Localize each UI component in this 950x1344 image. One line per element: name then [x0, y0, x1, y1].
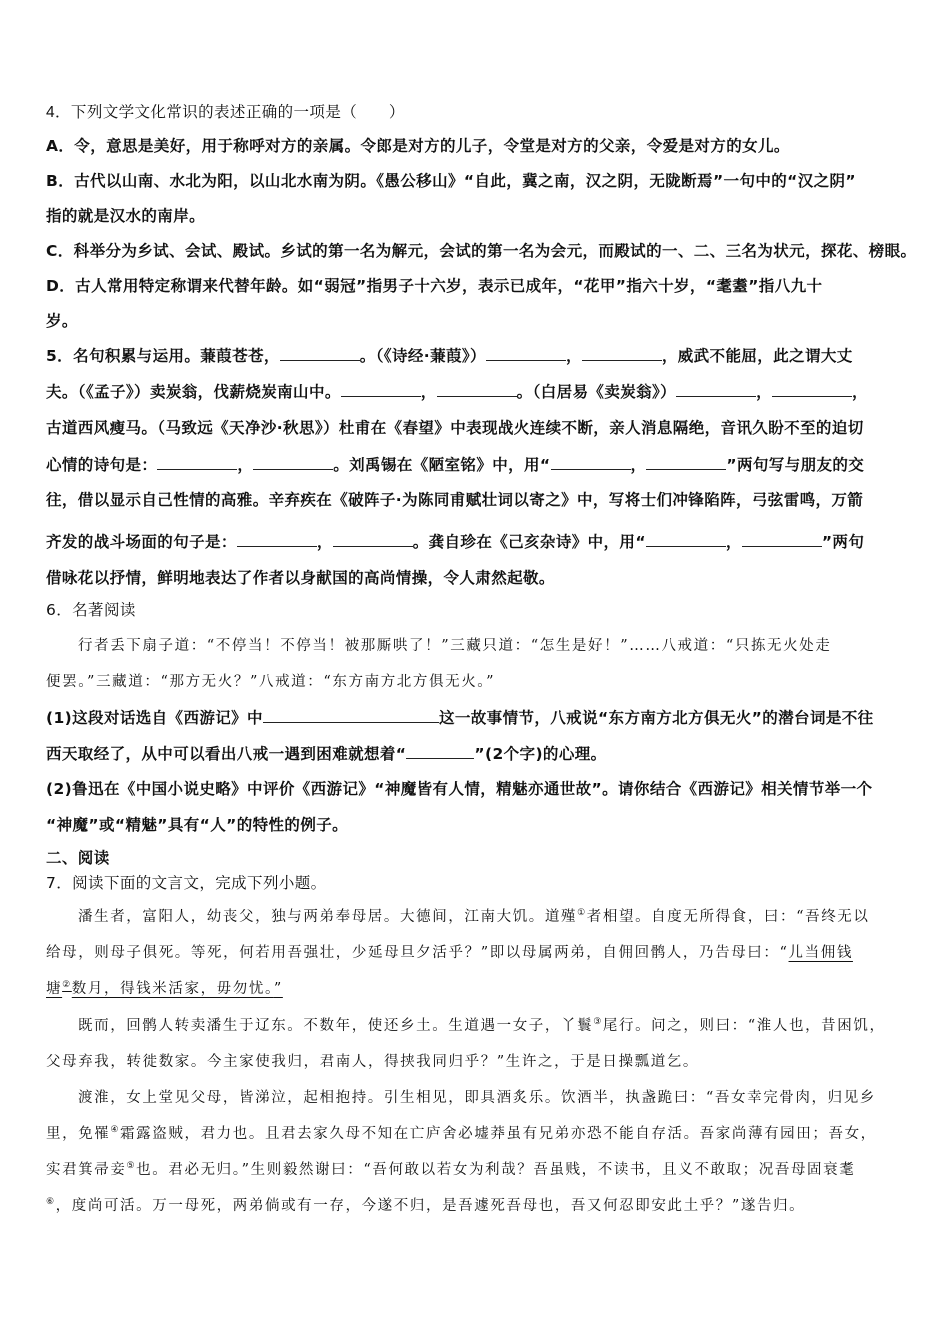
- q5-line-5: 往，借以显示自己性情的高雅。辛弃疾在《破阵子·为陈同甫赋壮词以寄之》中，写将士们…: [46, 490, 863, 510]
- footnote-marker: ①: [577, 908, 587, 918]
- q6-passage-1: 行者丢下扇子道：“不停当！不停当！被那厮哄了！”三藏只道：“怎生是好！”……八戒…: [46, 636, 831, 656]
- q6-title: 6．名著阅读: [46, 600, 136, 620]
- q6-part2-cont: “神魔”或“精魅”具有“人”的特性的例子。: [46, 815, 348, 835]
- answer-blank[interactable]: [341, 382, 421, 397]
- q4-option-a: A．令，意思是美好，用于称呼对方的亲属。令郎是对方的儿子，令堂是对方的父亲，令爱…: [46, 136, 790, 156]
- answer-blank[interactable]: [437, 382, 517, 397]
- passage-para1-line3: 塘②数月，得钱米活家，毋勿忧。”: [46, 979, 283, 999]
- passage-para3-line3: 实君箕帚妾⑤也。君必无归。”生则毅然谢曰：“吾何敢以若女为利哉？吾虽贱，不读书，…: [46, 1160, 855, 1180]
- footnote-marker: ④: [110, 1125, 120, 1135]
- q5-line-4: 心情的诗句是：，。刘禹锡在《陋室铭》中，用“，”两句写与朋友的交: [46, 455, 864, 475]
- q4-option-b: B．古代以山南、水北为阳，以山北水南为阴。《愚公移山》“自此，冀之南，汉之阴，无…: [46, 171, 856, 191]
- passage-para1-line2: 给母，则母子俱死。等死，何若用吾强壮，少延母旦夕活乎？”即以母属两弟，自佣回鹘人…: [46, 943, 853, 963]
- section-heading: 二、阅读: [46, 848, 110, 868]
- passage-para2-line2: 父母弃我，转徙数家。今主家使我归，君南人，得挟我同归乎？”生许之，于是日操瓢道乞…: [46, 1052, 699, 1072]
- answer-blank[interactable]: [406, 744, 474, 759]
- q4-option-b-cont: 指的就是汉水的南岸。: [46, 206, 205, 226]
- q4-option-d-cont: 岁。: [46, 311, 78, 331]
- q6-passage-2: 便罢。”三藏道：“那方无火？”八戒道：“东方南方北方俱无火。”: [46, 672, 495, 692]
- q5-line-2: 夫。（《孟子》）卖炭翁，伐薪烧炭南山中。，。（白居易《卖炭翁》），，: [46, 382, 868, 402]
- q4-option-c: C．科举分为乡试、会试、殿试。乡试的第一名为解元，会试的第一名为会元，而殿试的一…: [46, 241, 916, 261]
- footnote-marker: ⑥: [46, 1197, 56, 1207]
- footnote-marker: ②: [62, 980, 72, 990]
- q4-option-d: D．古人常用特定称谓来代替年龄。如“弱冠”指男子十六岁，表示已成年，“花甲”指六…: [46, 276, 822, 296]
- answer-blank[interactable]: [253, 455, 333, 470]
- q6-part1: (1)这段对话选自《西游记》中这一故事情节，八戒说“东方南方北方俱无火”的潜台词…: [46, 708, 874, 728]
- q6-part1-cont: 西天取经了，从中可以看出八戒一遇到困难就想着“”(2个字)的心理。: [46, 744, 607, 764]
- q5-line-7: 借咏花以抒情，鲜明地表达了作者以身献国的高尚情操，令人肃然起敬。: [46, 568, 555, 588]
- answer-blank[interactable]: [646, 455, 726, 470]
- answer-blank[interactable]: [772, 382, 852, 397]
- answer-blank[interactable]: [333, 532, 413, 547]
- q7-stem: 7．阅读下面的文言文，完成下列小题。: [46, 873, 327, 893]
- underlined-sentence: 儿当佣钱: [789, 945, 853, 961]
- answer-blank[interactable]: [263, 708, 439, 723]
- q5-line-6: 齐发的战斗场面的句子是：，。龚自珍在《己亥杂诗》中，用“，”两句: [46, 532, 864, 552]
- passage-para3-line1: 渡淮，女上堂见父母，皆涕泣，起相抱持。引生相见，即具酒炙乐。饮酒半，执盏跪曰：“…: [46, 1088, 876, 1108]
- passage-para2-line1: 既而，回鹘人转卖潘生于辽东。不数年，使还乡土。生道遇一女子，丫鬟③尾行。问之，则…: [46, 1016, 886, 1036]
- q5-line-3: 古道西风瘦马。（马致远《天净沙·秋思》）杜甫在《春望》中表现战火连续不断，亲人消…: [46, 418, 864, 438]
- passage-para3-line4: ⑥，度尚可活。万一母死，两弟倘或有一存，今遂不归，是吾遽死吾母也，吾又何忍即安此…: [46, 1196, 805, 1216]
- answer-blank[interactable]: [157, 455, 237, 470]
- answer-blank[interactable]: [582, 346, 662, 361]
- answer-blank[interactable]: [486, 346, 566, 361]
- footnote-marker: ⑤: [127, 1161, 137, 1171]
- footnote-marker: ③: [593, 1017, 603, 1027]
- answer-blank[interactable]: [676, 382, 756, 397]
- answer-blank[interactable]: [280, 346, 360, 361]
- q4-stem: 4．下列文学文化常识的表述正确的一项是（ ）: [46, 102, 405, 123]
- passage-para3-line2: 里，免罹④霜露盗贼，君力也。且君去家久母不知在亡庐舍必墟莽虽有兄弟亦恐不能自存活…: [46, 1124, 877, 1144]
- q5-line-1: 5．名句积累与运用。蒹葭苍苍，。（《诗经·蒹葭》），，威武不能屈，此之谓大丈: [46, 346, 853, 366]
- q6-part2: (2)鲁迅在《中国小说史略》中评价《西游记》“神魔皆有人情，精魅亦通世故”。请你…: [46, 779, 872, 799]
- answer-blank[interactable]: [646, 532, 726, 547]
- answer-blank[interactable]: [742, 532, 822, 547]
- answer-blank[interactable]: [237, 532, 317, 547]
- answer-blank[interactable]: [551, 455, 631, 470]
- passage-para1-line1: 潘生者，富阳人，幼丧父，独与两弟奉母居。大德间，江南大饥。道殣①者相望。自度无所…: [46, 907, 870, 927]
